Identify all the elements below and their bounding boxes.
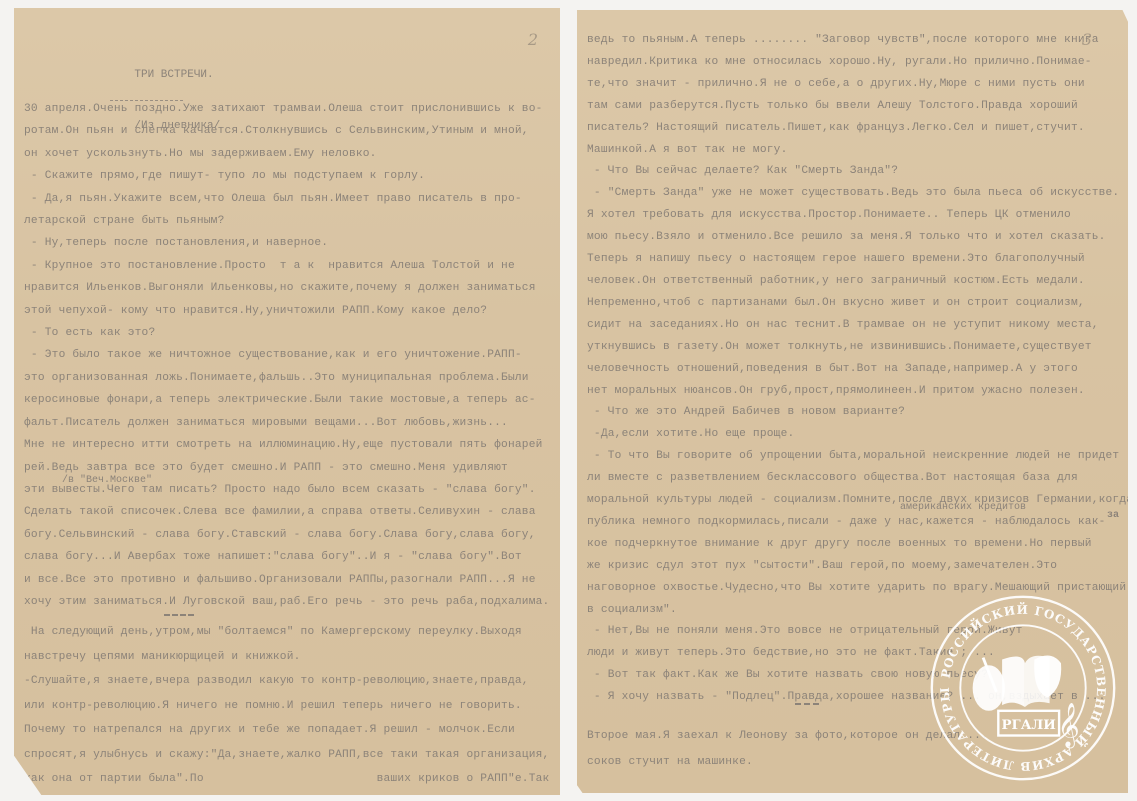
typed-line: это организованная ложь.Понимаете,фальшь… xyxy=(24,367,549,389)
typed-line: он хочет ускользнуть.Но мы задерживаем.Е… xyxy=(24,143,549,165)
typed-line: хочу этим заниматься.И Луговской ваш,раб… xyxy=(24,591,549,613)
typed-line: -Да,если хотите.Но еще проще. xyxy=(587,424,1133,446)
typed-line: - То что Вы говорите об упрощении быта,м… xyxy=(587,446,1133,468)
typed-line: там сами разберутся.Пусть только бы ввел… xyxy=(587,96,1133,118)
right-page: 3 ведь то пьяным.А теперь ........ "Заго… xyxy=(577,10,1128,793)
typed-line: или контр-революцию.Я ничего не помню.И … xyxy=(24,694,549,719)
typed-line: уткнувшись в газету.Он может толкнуть,не… xyxy=(587,337,1133,359)
typed-line: 30 апреля.Очень поздно.Уже затихают трам… xyxy=(24,98,549,120)
typed-line: - То есть как это? xyxy=(24,322,549,344)
typed-line: нравится Ильенков.Выгоняли Ильенковы,но … xyxy=(24,277,549,299)
typed-line: моральной культуры людей - социализм.Пом… xyxy=(587,490,1133,512)
typed-line: Машинкой.А я вот так не могу. xyxy=(587,140,1133,162)
typed-line: человечность отношений,поведения в быт.В… xyxy=(587,359,1133,381)
typed-line: - Скажите прямо,где пишут- тупо ло мы по… xyxy=(24,165,549,187)
typed-line: человек.Он ответственный работник,у него… xyxy=(587,271,1133,293)
typed-line: керосиновые фонари,а теперь электрически… xyxy=(24,389,549,411)
typed-line: спросят,я улыбнусь и скажу:"Да,знаете,жа… xyxy=(24,743,549,768)
typed-line: навредил.Критика ко мне относилась хорош… xyxy=(587,52,1133,74)
insert-note: /в "Веч.Москве" xyxy=(62,475,152,486)
typed-line: - Ну,теперь после постановления,и наверн… xyxy=(24,232,549,254)
typed-line: Почему то натрепался на других и тебе же… xyxy=(24,718,549,743)
typed-line: кое подчеркнутое внимание к друг другу п… xyxy=(587,534,1133,556)
typed-line: - Да,я пьян.Укажите всем,что Олеша был п… xyxy=(24,188,549,210)
typed-line: - "Смерть Занда" уже не может существова… xyxy=(587,183,1133,205)
typed-line: же кризис сдул этот пух "сытости".Ваш ге… xyxy=(587,556,1133,578)
typed-line: - Это было такое же ничтожное существова… xyxy=(24,344,549,366)
typed-line: Мне не интересно итти смотреть на иллюми… xyxy=(24,434,549,456)
typed-line: навстречу цепями маникюрщицей и книжкой. xyxy=(24,645,549,670)
insert-above-line: американских кредитов xyxy=(900,502,1026,513)
typed-line: мою пьесу.Взяло и отменило.Все решило за… xyxy=(587,227,1133,249)
typed-line: - Что Вы сейчас делаете? Как "Смерть Зан… xyxy=(587,161,1133,183)
typed-line: ротам.Он пьян и слегка качается.Столкнув… xyxy=(24,120,549,142)
typed-line: Я хотел требовать для искусства.Простор.… xyxy=(587,205,1133,227)
typed-line: как она от партии была".По ваших криков … xyxy=(24,767,549,792)
typed-line: -Слушайте,я знаете,вчера разводил какую … xyxy=(24,669,549,694)
typed-text-body-continued: На следующий день,утром,мы "болтаемся" п… xyxy=(24,620,549,792)
typed-text-body: 30 апреля.Очень поздно.Уже затихают трам… xyxy=(24,98,549,613)
typed-line: слава богу...И Авербах тоже напишет:"сла… xyxy=(24,546,549,568)
typed-line: На следующий день,утром,мы "болтаемся" п… xyxy=(24,620,549,645)
typed-line: ведь то пьяным.А теперь ........ "Загово… xyxy=(587,30,1133,52)
typed-line: богу.Сельвинский - слава богу.Ставский -… xyxy=(24,524,549,546)
palette-icon xyxy=(973,658,1005,711)
left-page: 2 ТРИ ВСТРЕЧИ. /Из дневника/ 30 апреля.О… xyxy=(14,8,560,795)
typed-line: Сделать такой списочек.Слева все фамилии… xyxy=(24,501,549,523)
archive-stamp: РОССИЙСКИЙ ГОСУДАРСТВЕННЫЙ АРХИВ ЛИТЕРАТ… xyxy=(928,593,1118,783)
typed-line: сидит на заседаниях.Но он нас теснит.В т… xyxy=(587,315,1133,337)
typed-line: Непременно,чтоб с партизанами был.Он вку… xyxy=(587,293,1133,315)
typed-line: нет моральных нюансов.Он груб,прост,прям… xyxy=(587,381,1133,403)
section-separator xyxy=(164,614,194,616)
typed-line: и все.Все это противно и фальшиво.Органи… xyxy=(24,569,549,591)
margin-note: за xyxy=(1107,510,1119,521)
typed-line: ли вместе с разветвлением бесклассового … xyxy=(587,468,1133,490)
typed-line: - Крупное это постановление.Просто т а к… xyxy=(24,255,549,277)
document-title: ТРИ ВСТРЕЧИ. xyxy=(134,69,213,81)
film-strip-icon: РГАЛИ xyxy=(998,711,1059,736)
typed-line: этой чепухой- кому что нравится.Ну,уничт… xyxy=(24,300,549,322)
typed-line: те,что значит - прилично.Я не о себе,а о… xyxy=(587,74,1133,96)
stamp-center-label: РГАЛИ xyxy=(1002,718,1056,733)
page-number: 2 xyxy=(528,30,538,49)
treble-clef-icon: 𝄞 xyxy=(1057,702,1079,748)
typed-line: писатель? Настоящий писатель.Пишет,как ф… xyxy=(587,118,1133,140)
typed-line: Теперь я напишу пьесу о настоящем герое … xyxy=(587,249,1133,271)
typed-line: фальт.Писатель должен заниматься мировым… xyxy=(24,412,549,434)
typed-line: летарской стране быть пьяным? xyxy=(24,210,549,232)
typed-line: - Что же это Андрей Бабичев в новом вари… xyxy=(587,402,1133,424)
typed-line: публика немного подкормилась,писали - да… xyxy=(587,512,1133,534)
section-separator xyxy=(795,703,819,705)
